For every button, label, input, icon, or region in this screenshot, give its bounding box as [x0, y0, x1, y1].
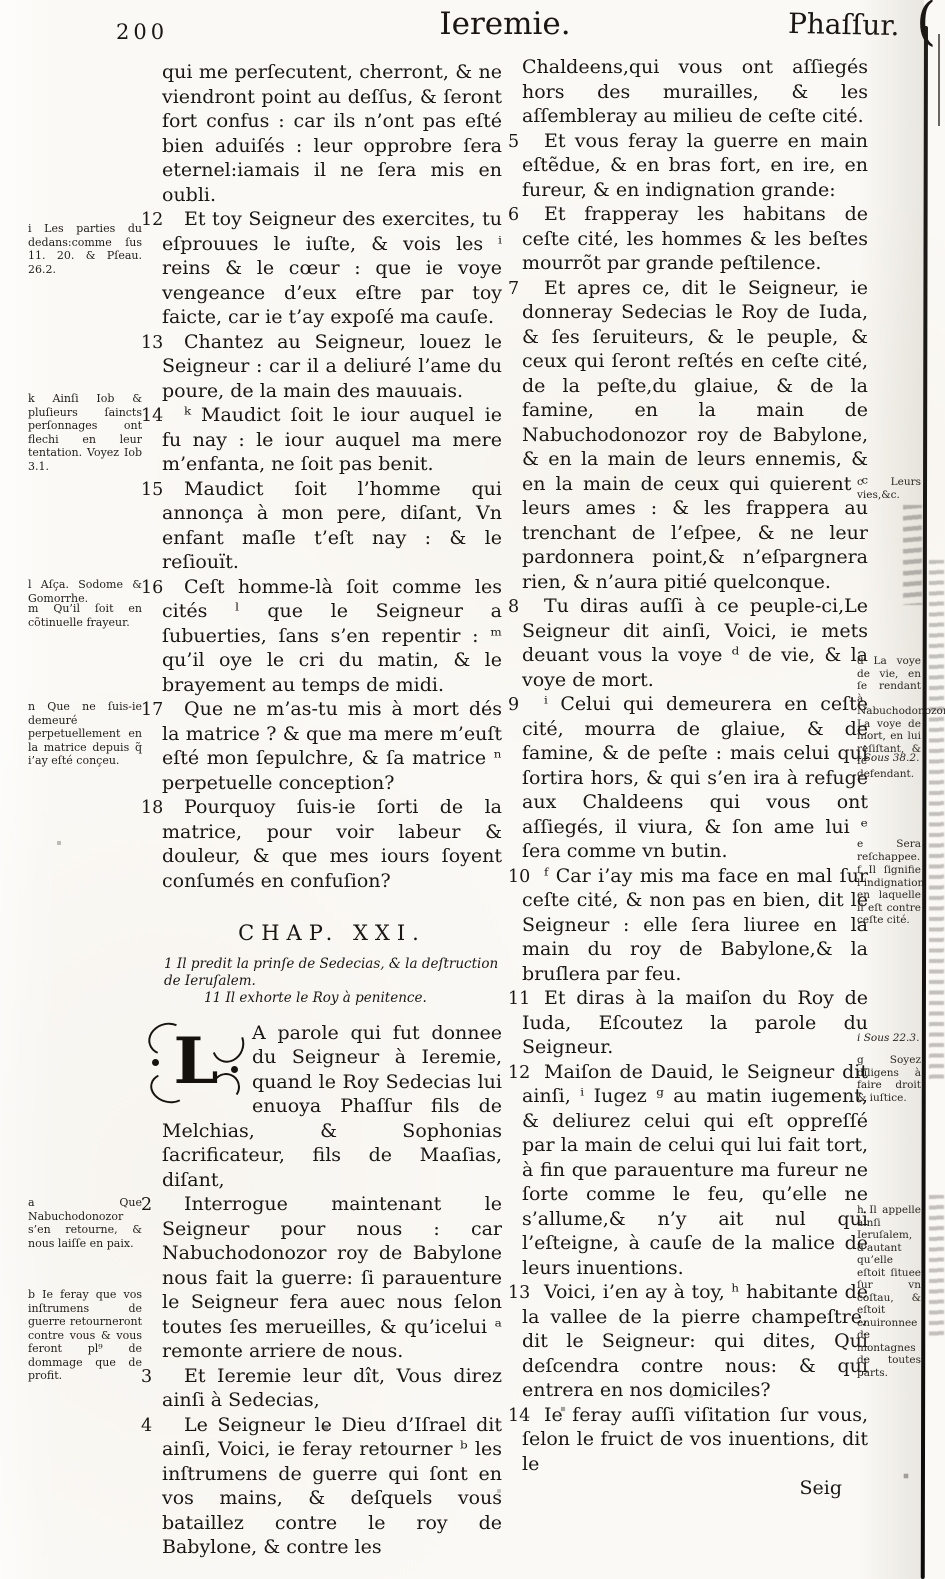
verse: 7Et apres ce, dit le Seigneur, ie donner…	[522, 276, 868, 595]
page-number: 200	[116, 20, 168, 44]
margin-note-n: n Que ne ſuis-ie demeuré perpetuellement…	[28, 700, 142, 768]
verse-number: 2	[141, 1193, 152, 1218]
margin-note-f: f Il ſignifie l’indignation en laquelle …	[857, 864, 921, 927]
verse-number: 14	[508, 1404, 530, 1429]
verse-number: 13	[141, 331, 163, 356]
margin-note-ref-sous-38: i Sous 38.2.	[857, 752, 921, 765]
ink-specks	[0, 0, 2, 2]
verse: 13Chantez au Seigneur, louez le Seigneur…	[162, 330, 502, 404]
verse: 15Maudict ſoit l’homme qui annonça à mon…	[162, 477, 502, 575]
page-edge-line-secondary	[938, 34, 940, 126]
verse-number: 16	[141, 576, 163, 601]
verse-number: 9	[508, 693, 519, 718]
chapter-argument-line2: 11 Il exhorte le Roy à penitence.	[204, 990, 502, 1007]
margin-note-m: m Qu’il ſoit en cõtinuelle frayeur.	[28, 602, 142, 629]
margin-note-i: i Les parties du dedans:comme ſus 11. 20…	[28, 222, 142, 276]
margin-note-h: h Il appelle ainſi Ieruſalem, d’autant q…	[857, 1204, 921, 1379]
verse: 10ᶠ Car i’ay mis ma face en mal ſur ceſt…	[522, 864, 868, 987]
margin-note-e: e Sera reſchappee.	[857, 838, 921, 863]
bleedthrough-text	[903, 505, 922, 605]
margin-note-b: b Ie feray que vos inſtrumens de guerre …	[28, 1288, 142, 1383]
verse: 14Ie feray auſſi viſitation ſur vous, ſe…	[522, 1403, 868, 1477]
verse-number: 5	[508, 130, 519, 155]
adjacent-page-text-fragment	[929, 560, 944, 1080]
verse: 14ᵏ Maudict ſoit le iour auquel ie fu na…	[162, 403, 502, 477]
verse: 4Le Seigneur le Dieu d’Iſrael dit ainſi,…	[162, 1413, 502, 1560]
verse-number: 13	[508, 1281, 530, 1306]
margin-note-a: a Que Nabuchodonozor s’en retourne, & no…	[28, 1196, 142, 1250]
verse: 12Maiſon de Dauid, le Seigneur dit ainſi…	[522, 1060, 868, 1281]
margin-note-g: g Soyez diligens à faire droit & iuſtice…	[857, 1054, 921, 1104]
verse-number: 6	[508, 203, 519, 228]
verse: 17Que ne m’as-tu mis à mort dés la matri…	[162, 697, 502, 795]
margin-note-l: l Aſça. Sodome & Gomorrhe.	[28, 578, 142, 605]
page-edge-line	[921, 26, 928, 1579]
text-column-right: Chaldeens,qui vous ont aſſiegés hors des…	[522, 55, 868, 1501]
drop-cap-initial: L	[150, 1025, 242, 1101]
verse: 9ⁱ Celui qui demeurera en ceſte cité, mo…	[522, 692, 868, 864]
chapter-heading: CHAP. XXI.	[162, 921, 502, 946]
verse: 6Et frapperay les habitans de ceſte cité…	[522, 202, 868, 276]
verse: 11Et diras à la maiſon du Roy de Iuda, E…	[522, 986, 868, 1060]
book-page: 200 Ieremie. Phaſſur. i Les parties du d…	[0, 0, 945, 1579]
verse-number: 7	[508, 277, 519, 302]
verse-number: 12	[141, 208, 163, 233]
verse: 5Et vous feray la guerre en main eſtẽdue…	[522, 129, 868, 203]
verse-number: 15	[141, 478, 163, 503]
verse: Chaldeens,qui vous ont aſſiegés hors des…	[522, 55, 868, 129]
verse-number: 12	[508, 1061, 530, 1086]
verse: 12Et toy Seigneur des exercites, tu eſpr…	[162, 207, 502, 330]
chapter-argument-line1: 1 Il predit la prinſe de Sedecias, & la …	[164, 956, 502, 990]
verse: L A parole qui fut donnee du Seigneur à …	[162, 1021, 502, 1193]
verse-number: 17	[141, 698, 163, 723]
verse-number: 8	[508, 595, 519, 620]
verse-number: 14	[141, 404, 163, 429]
verse-number: 10	[508, 865, 530, 890]
verse-number: 18	[141, 796, 163, 821]
drop-cap-letter: L	[150, 1025, 242, 1101]
header-keyword: Phaſſur.	[788, 7, 900, 42]
catchword: Seig	[522, 1476, 868, 1501]
verse-number: 3	[141, 1365, 152, 1390]
verse-number: 11	[508, 987, 530, 1012]
text-column-left: qui me perſecutent, cherront, & ne viend…	[162, 60, 502, 1560]
adjacent-page-text-fragment	[929, 1195, 944, 1340]
verse: 3Et Ieremie leur dît, Vous direz ainſi à…	[162, 1364, 502, 1413]
verse: 18Pourquoy ſuis-ie ſorti de la matrice, …	[162, 795, 502, 893]
verse: qui me perſecutent, cherront, & ne viend…	[162, 60, 502, 207]
verse-number: 4	[141, 1414, 152, 1439]
adjacent-page-paren-glyph: (	[916, 0, 936, 52]
margin-note-c: c Leurs vies,&c.	[857, 476, 921, 501]
verse: 16Ceſt homme-là ſoit comme les cités ˡ q…	[162, 575, 502, 698]
verse: 2Interrogue maintenant le Seigneur pour …	[162, 1192, 502, 1364]
margin-note-k: k Ainſi Iob & pluſieurs ſaincts perſonna…	[28, 392, 142, 473]
margin-note-ref-sous-22: i Sous 22.3.	[857, 1032, 921, 1045]
verse: 8Tu diras auſſi à ce peuple-ci,Le Seigne…	[522, 594, 868, 692]
running-title: Ieremie.	[370, 6, 640, 42]
verse: 13Voici, i’en ay à toy, ʰ habitante de l…	[522, 1280, 868, 1403]
